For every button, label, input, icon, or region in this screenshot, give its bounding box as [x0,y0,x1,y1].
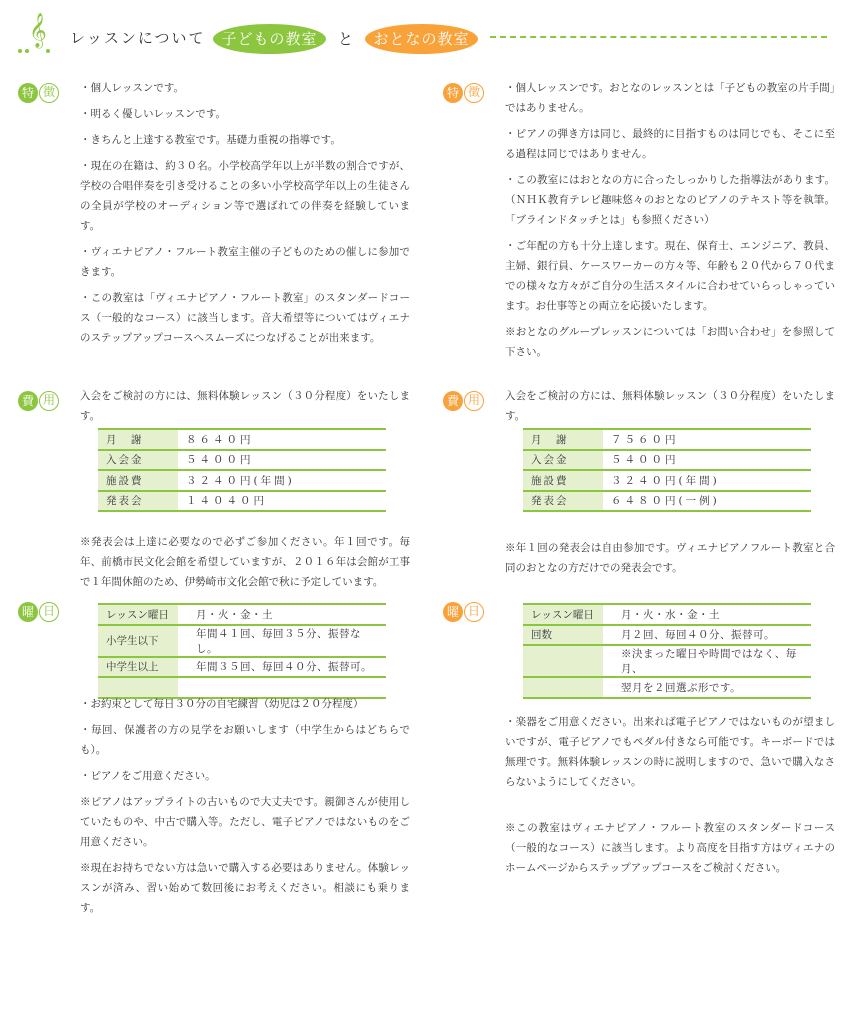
kids-class-label: 子どもの教室 [213,24,326,54]
fees-intro: 入会をご検討の方には、無料体験レッスン（３０分程度）をいたします。 [505,386,835,426]
table-value-cell: 月２回、毎回４０分、振替可。 [603,625,811,646]
table-row: 回数月２回、毎回４０分、振替可。 [523,625,811,646]
badge-char: 日 [39,602,59,622]
badge-char: 費 [443,391,463,411]
table-value-cell: １４０４０円 [178,491,386,512]
treble-clef-icon: 𝄞 [18,18,54,56]
feature-item: ・個人レッスンです。 [80,78,410,98]
table-value-cell: ３２４０円(年間) [178,470,386,491]
dashed-divider [490,36,827,38]
feature-item: ・個人レッスンです。おとなのレッスンとは「子どもの教室の片手間」ではありません。 [505,78,835,118]
badge-char: 徴 [464,83,484,103]
and-label: と [338,28,353,49]
table-key-cell: 発表会 [523,491,603,512]
clef-decoration [46,49,50,53]
table-row: 発表会１４０４０円 [98,491,386,512]
feature-item: ・明るく優しいレッスンです。 [80,104,410,124]
table-row: 小学生以下年間４１回、毎回３５分、振替なし。 [98,625,386,657]
feature-item: ・この教室にはおとなの方に合ったしっかりした指導法があります。（ＮＨＫ教育テレビ… [505,170,835,230]
note-item: ※ピアノはアップライトの古いもので大丈夫です。親御さんが使用していたものや、中古… [80,792,410,852]
table-row: 翌月を２回選ぶ形です。 [523,677,811,698]
table-value-cell: ３２４０円(年間) [603,470,811,491]
feature-item: ・ご年配の方も十分上達します。現在、保育士、エンジニア、教員、主婦、銀行員、ケー… [505,236,835,316]
table-key-cell: 入会金 [98,450,178,471]
table-row: 月 謝８６４０円 [98,429,386,450]
table-row: 施設費３２４０円(年間) [98,470,386,491]
badge-char: 特 [443,83,463,103]
badge-char: 曜 [18,602,38,622]
fees-note: ※年１回の発表会は自由参加です。ヴィエナピアノフルート教室と合同のおとなの方だけ… [505,538,835,578]
badge-char: 用 [464,391,484,411]
table-key-cell: 施設費 [98,470,178,491]
table-value-cell: 月・火・金・土 [178,604,386,625]
schedule-badge: 曜 日 [443,602,484,622]
feature-item: ※おとなのグループレッスンについては「お問い合わせ」を参照して下さい。 [505,322,835,362]
table-row: 入会金５４００円 [98,450,386,471]
table-value-cell: 年間３５回、毎回４０分、振替可。 [178,657,386,678]
schedule-table: レッスン曜日月・火・金・土 小学生以下年間４１回、毎回３５分、振替なし。 中学生… [98,603,386,699]
note-item: ・お約束として毎日３０分の自宅練習（幼児は２０分程度） [80,694,410,714]
schedule-badge: 曜 日 [18,602,59,622]
table-key-cell [523,677,603,698]
note-item: ・ピアノをご用意ください。 [80,766,410,786]
note-item: ・毎回、保護者の方の見学をお願いします（中学生からはどちらでも）。 [80,720,410,760]
table-row: 発表会６４８０円(一例) [523,491,811,512]
page-title: レッスンについて [70,27,206,48]
fees-badge: 費 用 [443,391,484,411]
table-key-cell: 月 謝 [523,429,603,450]
table-key-cell: 中学生以上 [98,657,178,678]
fees-badge: 費 用 [18,391,59,411]
fees-note: ※発表会は上達に必要なので必ずご参加ください。年１回です。毎年、前橋市民文化会館… [80,532,410,592]
table-value-cell: ５４００円 [178,450,386,471]
features-list: ・個人レッスンです。おとなのレッスンとは「子どもの教室の片手間」ではありません。… [505,78,835,368]
badge-char: 曜 [443,602,463,622]
badge-char: 費 [18,391,38,411]
badge-char: 日 [464,602,484,622]
table-row: 入会金５４００円 [523,450,811,471]
schedule-notes: ・楽器をご用意ください。出来れば電子ピアノではないものが望ましいですが、電子ピア… [505,712,835,884]
badge-char: 徴 [39,83,59,103]
table-value-cell: 年間４１回、毎回３５分、振替なし。 [178,625,386,657]
feature-item: ・ヴィエナピアノ・フルート教室主催の子どものための催しに参加できます。 [80,242,410,282]
note-item: ※現在お持ちでない方は急いで購入する必要はありません。体験レッスンが済み、習い始… [80,858,410,918]
table-value-cell: ６４８０円(一例) [603,491,811,512]
feature-item: ・ピアノの弾き方は同じ、最終的に目指すものは同じでも、そこに至る過程は同じではあ… [505,124,835,164]
features-list: ・個人レッスンです。 ・明るく優しいレッスンです。 ・きちんと上達する教室です。… [80,78,410,354]
page-header: 𝄞 レッスンについて 子どもの教室 と おとなの教室 [0,0,850,70]
table-key-cell: 小学生以下 [98,625,178,657]
table-row: 施設費３２４０円(年間) [523,470,811,491]
table-key-cell: レッスン曜日 [98,604,178,625]
table-value-cell: ※決まった曜日や時間ではなく、毎月、 [603,645,811,677]
table-row: 中学生以上年間３５回、毎回４０分、振替可。 [98,657,386,678]
table-row: レッスン曜日月・火・金・土 [98,604,386,625]
badge-char: 特 [18,83,38,103]
table-value-cell: 翌月を２回選ぶ形です。 [603,677,811,698]
schedule-table: レッスン曜日月・火・水・金・土 回数月２回、毎回４０分、振替可。 ※決まった曜日… [523,603,811,699]
clef-decoration [18,49,22,53]
features-badge: 特 徴 [443,83,484,103]
table-value-cell: 月・火・水・金・土 [603,604,811,625]
fees-table: 月 謝７５６０円 入会金５４００円 施設費３２４０円(年間) 発表会６４８０円(… [523,428,811,512]
table-row: 月 謝７５６０円 [523,429,811,450]
feature-item: ・きちんと上達する教室です。基礎力重視の指導です。 [80,130,410,150]
table-key-cell: 回数 [523,625,603,646]
adult-class-label: おとなの教室 [365,24,478,54]
badge-char: 用 [39,391,59,411]
fees-intro: 入会をご検討の方には、無料体験レッスン（３０分程度）をいたします。 [80,386,410,426]
table-key-cell: 発表会 [98,491,178,512]
table-row: ※決まった曜日や時間ではなく、毎月、 [523,645,811,677]
table-value-cell: ８６４０円 [178,429,386,450]
table-key-cell: 施設費 [523,470,603,491]
note-item: ・楽器をご用意ください。出来れば電子ピアノではないものが望ましいですが、電子ピア… [505,712,835,792]
fees-table: 月 謝８６４０円 入会金５４００円 施設費３２４０円(年間) 発表会１４０４０円 [98,428,386,512]
table-row: レッスン曜日月・火・水・金・土 [523,604,811,625]
table-key-cell: レッスン曜日 [523,604,603,625]
clef-decoration: 𝄞 [29,16,47,46]
table-key-cell [523,645,603,677]
table-value-cell: ５４００円 [603,450,811,471]
clef-decoration [25,49,29,53]
table-key-cell: 月 謝 [98,429,178,450]
table-value-cell: ７５６０円 [603,429,811,450]
features-badge: 特 徴 [18,83,59,103]
note-item: ※この教室はヴィエナピアノ・フルート教室のスタンダードコース（一般的なコース）に… [505,818,835,878]
table-key-cell: 入会金 [523,450,603,471]
feature-item: ・現在の在籍は、約３０名。小学校高学年以上が半数の割合ですが、学校の合唱伴奏を引… [80,156,410,236]
schedule-notes: ・お約束として毎日３０分の自宅練習（幼児は２０分程度） ・毎回、保護者の方の見学… [80,694,410,924]
feature-item: ・この教室は「ヴィエナピアノ・フルート教室」のスタンダードコース（一般的なコース… [80,288,410,348]
